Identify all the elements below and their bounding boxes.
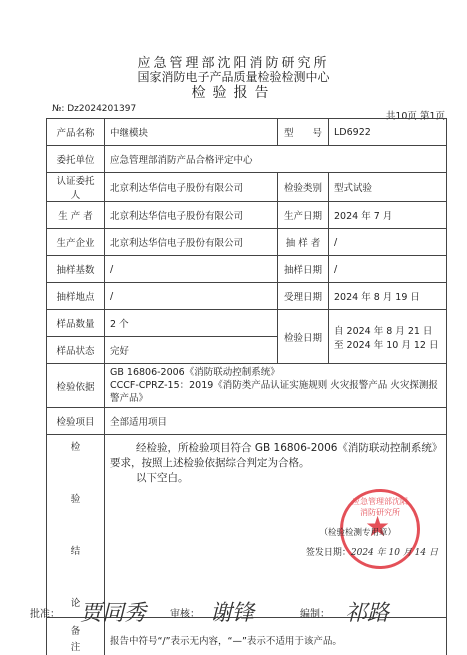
label: 抽样地点 (47, 283, 105, 310)
approve-signature: 贾同秀 (80, 596, 146, 627)
approve-label: 批准： (30, 605, 60, 620)
conclusion: 经检验，所检验项目符合 GB 16806-2006《消防联动控制系统》要求，按照… (105, 435, 447, 618)
value: 北京利达华信电子股份有限公司 (105, 202, 278, 229)
label: 型 号 (278, 119, 329, 146)
conclusion-text: 以下空白。 (110, 471, 441, 486)
basis-line: CCCF-CPRZ-15：2019《消防类产品认证实施规则 火灾报警产品 火灾探… (110, 379, 441, 405)
review-label: 审核： (170, 605, 200, 620)
label: 生 产 者 (47, 202, 105, 229)
table-row: 抽样基数 / 抽样日期 / (47, 256, 447, 283)
table-row: 检验项目 全部适用项目 (47, 408, 447, 435)
table-row: 检 验 结 论 经检验，所检验项目符合 GB 16806-2006《消防联动控制… (47, 435, 447, 618)
label: 抽样日期 (278, 256, 329, 283)
label: 生产日期 (278, 202, 329, 229)
label: 检验类别 (278, 173, 329, 202)
label: 生产企业 (47, 229, 105, 256)
date-from: 自 2024 年 8 月 21 日 (334, 323, 441, 337)
label: 抽 样 者 (278, 229, 329, 256)
basis-line: GB 16806-2006《消防联动控制系统》 (110, 366, 441, 379)
conclusion-text: 经检验，所检验项目符合 GB 16806-2006《消防联动控制系统》要求，按照… (110, 441, 441, 471)
label: 样品状态 (47, 337, 105, 364)
compile-signature: 祁路 (345, 596, 389, 627)
compile-label: 编制： (300, 605, 330, 620)
table-row: 认证委托人 北京利达华信电子股份有限公司 检验类别 型式试验 (47, 173, 447, 202)
value: 型式试验 (329, 173, 447, 202)
label: 样品数量 (47, 310, 105, 337)
label: 受理日期 (278, 283, 329, 310)
value: 2024 年 8 月 19 日 (329, 283, 447, 310)
table-row: 样品数量 2 个 检验日期 自 2024 年 8 月 21 日 至 2024 年… (47, 310, 447, 337)
value: 北京利达华信电子股份有限公司 (105, 229, 278, 256)
value: 2024 年 7 月 (329, 202, 447, 229)
issue-date-value: 2024 年 10 月 14 日 (351, 548, 438, 558)
report-number: №: Dz2024201397 (52, 104, 136, 114)
date-to: 至 2024 年 10 月 12 日 (334, 337, 441, 351)
review-signature: 谢锋 (210, 596, 254, 627)
table-row: 产品名称 中继模块 型 号 LD6922 (47, 119, 447, 146)
label: 检 验 结 论 (47, 435, 105, 618)
issue-date-label: 签发日期： (306, 548, 351, 558)
seal-note: （检验检测专用章） (319, 526, 396, 538)
value: 中继模块 (105, 119, 278, 146)
remark: 报告中符号“/”表示无内容，“—”表示不适用于该产品。 (105, 618, 447, 655)
table-row: 委托单位 应急管理部消防产品合格评定中心 (47, 146, 447, 173)
label: 检验项目 (47, 408, 105, 435)
label: 抽样基数 (47, 256, 105, 283)
label: 认证委托人 (47, 173, 105, 202)
value: / (329, 229, 447, 256)
value: 完好 (105, 337, 278, 364)
value: / (329, 256, 447, 283)
table-row: 生 产 者 北京利达华信电子股份有限公司 生产日期 2024 年 7 月 (47, 202, 447, 229)
value: / (105, 283, 278, 310)
label: 检验日期 (278, 310, 329, 364)
inspection-basis: GB 16806-2006《消防联动控制系统》 CCCF-CPRZ-15：201… (105, 364, 447, 408)
label: 检验依据 (47, 364, 105, 408)
report-table: 产品名称 中继模块 型 号 LD6922 委托单位 应急管理部消防产品合格评定中… (46, 118, 447, 655)
issue-date: 签发日期：2024 年 10 月 14 日 (306, 545, 438, 558)
value: 应急管理部消防产品合格评定中心 (105, 146, 447, 173)
value: 全部适用项目 (105, 408, 447, 435)
label: 委托单位 (47, 146, 105, 173)
value: / (105, 256, 278, 283)
value: 北京利达华信电子股份有限公司 (105, 173, 278, 202)
table-row: 生产企业 北京利达华信电子股份有限公司 抽 样 者 / (47, 229, 447, 256)
value: LD6922 (329, 119, 447, 146)
value: 2 个 (105, 310, 278, 337)
inspect-date: 自 2024 年 8 月 21 日 至 2024 年 10 月 12 日 (329, 310, 447, 364)
table-row: 抽样地点 / 受理日期 2024 年 8 月 19 日 (47, 283, 447, 310)
table-row: 检验依据 GB 16806-2006《消防联动控制系统》 CCCF-CPRZ-1… (47, 364, 447, 408)
report-title: 检验报告 (0, 82, 467, 102)
label: 产品名称 (47, 119, 105, 146)
